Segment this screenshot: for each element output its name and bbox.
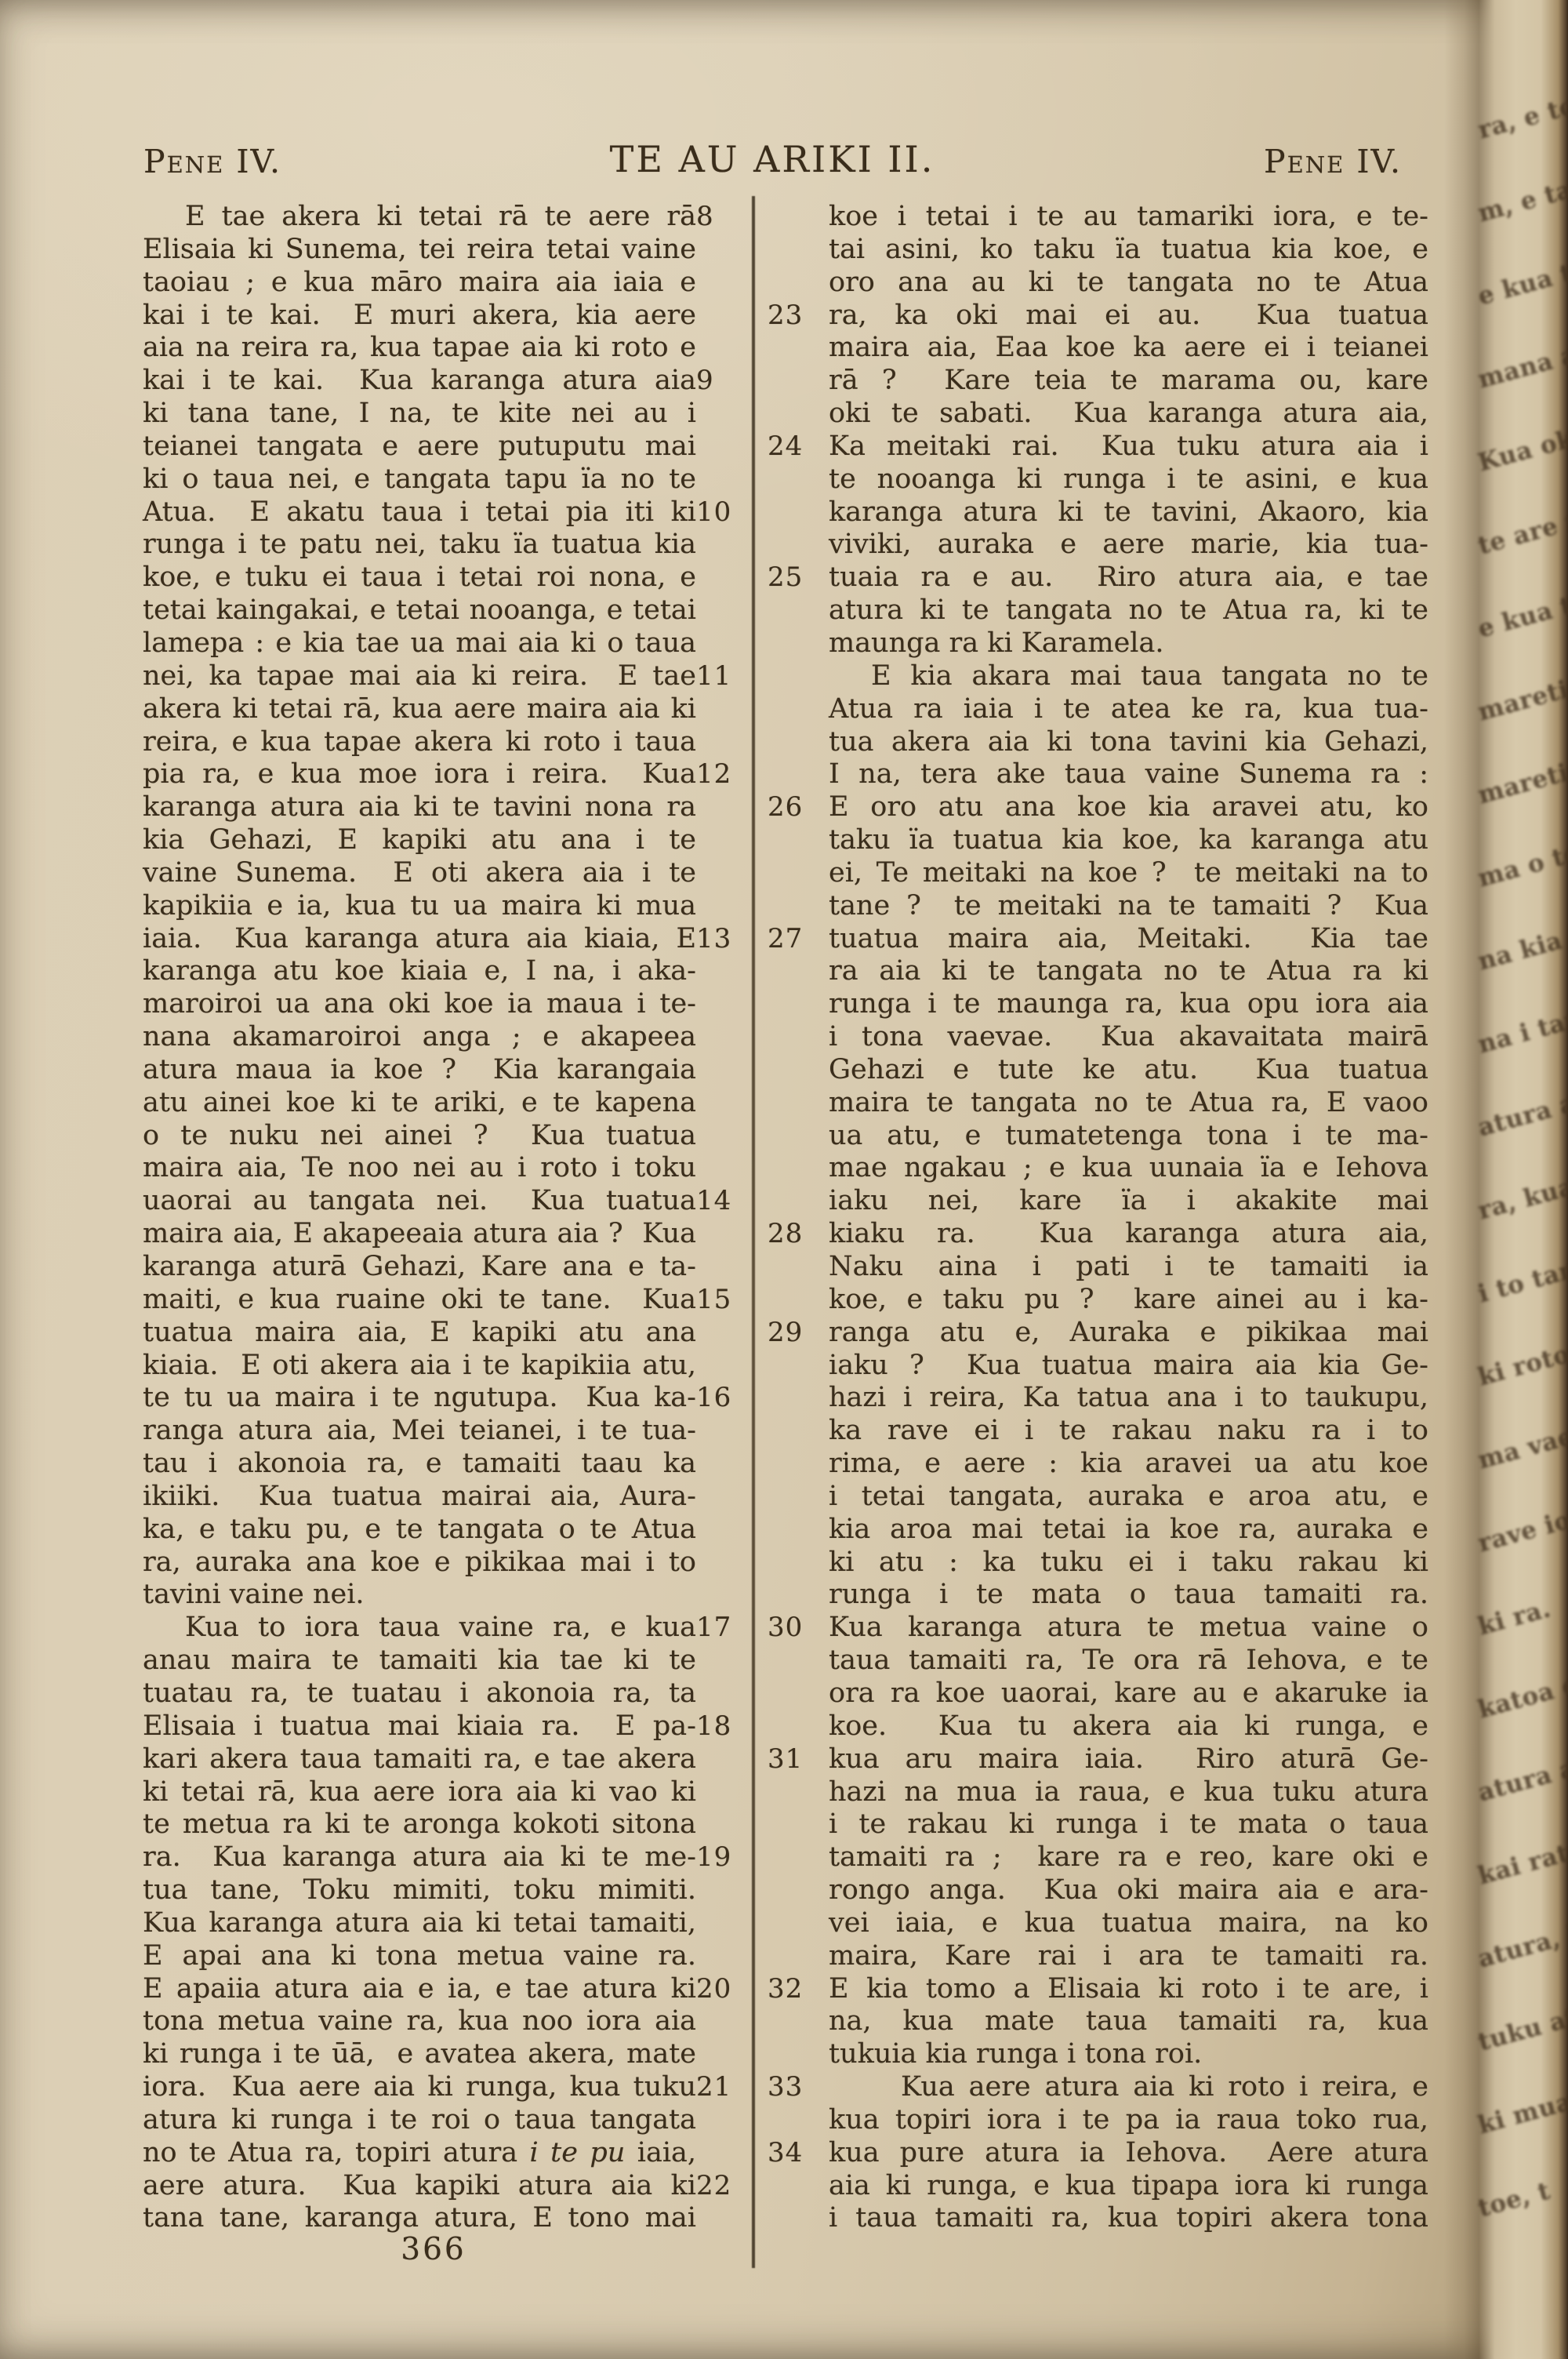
text-line: kiaku ra. Kua karanga atura aia,28 <box>829 1218 1428 1251</box>
verse-number: 26 <box>768 791 811 824</box>
next-page-bleed-text: ra, e tom, e tanae kua tipapemana akeraK… <box>1475 93 1568 2254</box>
edge-text-fragment: atura ai <box>1475 1732 1568 1808</box>
text-line: runga i te mata o taua tamaiti ra. <box>829 1579 1428 1612</box>
line-text: ra. Kua karanga atura aia ki te me- <box>143 1841 696 1873</box>
text-line: atu ainei koe ki te ariki, e te kapena <box>143 1087 696 1120</box>
line-text: oki te sabati. Kua karanga atura aia, <box>829 398 1428 429</box>
line-text: tuaia ra e au. Riro atura aia, e tae <box>829 562 1428 593</box>
edge-text-fragment: maretie ior <box>1475 651 1568 727</box>
line-text: maira, Kare rai i ara te tamaiti ra. <box>829 1940 1428 1972</box>
edge-text-fragment: kai ratou ; <box>1475 1815 1568 1891</box>
verse-number: 17 <box>696 1612 740 1645</box>
line-text: lamepa : e kia tae ua mai aia ki o taua <box>143 627 696 659</box>
line-text: te nooanga ki runga i te asini, e kua <box>829 463 1428 495</box>
text-line: hazi na mua ia raua, e kua tuku atura <box>829 1776 1428 1809</box>
text-line: aere atura. Kua kapiki atura aia ki22 <box>143 2170 696 2203</box>
text-line: no te Atua ra, topiri atura i te pu iaia… <box>143 2137 696 2170</box>
edge-text-fragment: ra, kua ka <box>1475 1150 1568 1226</box>
text-line: kua pure atura ia Iehova. Aere atura34 <box>829 2137 1428 2170</box>
text-line: ki runga i te ūā, e avatea akera, mate <box>143 2038 696 2071</box>
line-text: tona metua vaine ra, kua noo iora aia <box>143 2005 696 2037</box>
text-line: tetai kaingakai, e tetai nooanga, e teta… <box>143 594 696 627</box>
edge-text-fragment: e kua tipapa <box>1475 568 1568 644</box>
text-line: kua aru maira iaia. Riro aturā Ge-31 <box>829 1743 1428 1776</box>
line-text: E kia tomo a Elisaia ki roto i te are, i <box>829 1973 1428 2005</box>
line-text: nei, ka tapae mai aia ki reira. E tae <box>143 660 696 692</box>
text-line: Elisaia i tuatua mai kiaia ra. E pa-18 <box>143 1710 696 1743</box>
line-text: pia ra, e kua moe iora i reira. Kua <box>143 758 696 790</box>
edge-text-fragment: toe, t <box>1475 2147 1568 2223</box>
line-text: Naku aina i pati i te tamaiti ia <box>829 1251 1428 1282</box>
running-head-right: Pene IV. <box>1264 143 1402 180</box>
text-line: kua topiri iora i te pa ia raua toko rua… <box>829 2104 1428 2137</box>
text-line: maira aia, Eaa koe ka aere ei i teianei <box>829 332 1428 365</box>
edge-text-fragment: na kia Geh <box>1475 900 1568 976</box>
verse-number: 20 <box>696 1973 740 2006</box>
text-line: uaorai au tangata nei. Kua tuatua14 <box>143 1185 696 1218</box>
line-text: teianei tangata e aere putuputu mai <box>143 431 696 462</box>
line-text: ikiiki. Kua tuatua mairai aia, Aura- <box>143 1481 696 1512</box>
line-text: tuatua maira aia, E kapiki atu ana <box>143 1317 696 1348</box>
text-line: Kua karanga atura te metua vaine o30 <box>829 1612 1428 1645</box>
text-line: Kua karanga atura aia ki tetai tamaiti, <box>143 1907 696 1940</box>
text-line: rongo anga. Kua oki maira aia e ara- <box>829 1874 1428 1907</box>
edge-text-fragment: ki roto, e k <box>1475 1316 1568 1392</box>
text-line: ua atu, e tumatetenga tona i te ma- <box>829 1120 1428 1153</box>
line-text: atura ki te tangata no te Atua ra, ki te <box>829 594 1428 626</box>
text-line: maira, Kare rai i ara te tamaiti ra. <box>829 1940 1428 1973</box>
verse-number: 21 <box>696 2071 740 2104</box>
line-text: Kua karanga atura aia ki tetai tamaiti, <box>143 1907 696 1939</box>
edge-text-fragment: te are ra ; e <box>1475 485 1568 561</box>
text-line: tua akera aia ki tona tavini kia Gehazi, <box>829 726 1428 759</box>
line-text: vei iaia, e kua tuatua maira, na ko <box>829 1907 1428 1939</box>
text-line: taua tamaiti ra, Te ora rā Iehova, e te <box>829 1645 1428 1677</box>
text-line: hazi i reira, Ka tatua ana i to taukupu, <box>829 1382 1428 1415</box>
line-text: ranga atu e, Auraka e pikikaa mai <box>829 1317 1428 1348</box>
text-line: maunga ra ki Karamela. <box>829 627 1428 660</box>
text-line: maira te tangata no te Atua ra, E vaoo <box>829 1087 1428 1120</box>
line-text: hazi na mua ia raua, e kua tuku atura <box>829 1776 1428 1808</box>
text-line: kai i te kai. E muri akera, kia aere <box>143 300 696 333</box>
line-text: kua aru maira iaia. Riro aturā Ge- <box>829 1743 1428 1775</box>
edge-text-fragment: maretie an <box>1475 734 1568 810</box>
line-text: iaia. Kua karanga atura aia kiaia, E <box>143 923 696 954</box>
text-line: vei iaia, e kua tuatua maira, na ko <box>829 1907 1428 1940</box>
line-text: reira, e kua tapae akera ki roto i taua <box>143 726 696 758</box>
line-text: tavini vaine nei. <box>143 1579 365 1610</box>
text-line: maroiroi ua ana oki koe ia maua i te- <box>143 988 696 1021</box>
text-line: tana tane, karanga atura, E tono mai <box>143 2202 696 2235</box>
line-text: E apai ana ki tona metua vaine ra. <box>143 1940 696 1972</box>
line-text: kua pure atura ia Iehova. Aere atura <box>829 2137 1428 2168</box>
text-line: Ka meitaki rai. Kua tuku atura aia i24 <box>829 431 1428 463</box>
edge-text-fragment: rave iora <box>1475 1482 1568 1558</box>
text-line: E kia akara mai taua tangata no te <box>829 660 1428 693</box>
text-line: I na, tera ake taua vaine Sunema ra : <box>829 758 1428 791</box>
text-line: i tona vaevae. Kua akavaitata mairā <box>829 1021 1428 1054</box>
text-line: Kua to iora taua vaine ra, e kua17 <box>143 1612 696 1645</box>
text-line: tuatua maira aia, Meitaki. Kia tae27 <box>829 923 1428 956</box>
verse-number: 28 <box>768 1218 811 1251</box>
text-line: Atua. E akatu taua i tetai pia iti ki10 <box>143 496 696 529</box>
line-text: no te Atua ra, topiri atura i te pu iaia… <box>143 2137 696 2168</box>
text-line: vaine Sunema. E oti akera aia i te <box>143 857 696 890</box>
line-text: koe i tetai i te au tamariki iora, e te- <box>829 201 1428 232</box>
text-line: kai i te kai. Kua karanga atura aia9 <box>143 365 696 398</box>
verse-number: 29 <box>768 1317 811 1350</box>
verse-number: 25 <box>768 562 811 594</box>
text-line: ki tetai rā, kua aere iora aia ki vao ki <box>143 1776 696 1809</box>
verse-number: 23 <box>768 300 811 333</box>
line-text: iora. Kua aere aia ki runga, kua tuku <box>143 2071 696 2103</box>
line-text: ua atu, e tumatetenga tona i te ma- <box>829 1120 1428 1151</box>
text-line: ki o taua nei, e tangata tapu ïa no te <box>143 463 696 496</box>
line-text: tuatau ra, te tuatau i akonoia ra, ta <box>143 1677 696 1709</box>
line-text: runga i te mata o taua tamaiti ra. <box>829 1579 1428 1610</box>
text-line: taoiau ; e kua māro maira aia iaia e <box>143 267 696 300</box>
line-text: koe, e tuku ei taua i tetai roi nona, e <box>143 562 696 593</box>
page-number: 366 <box>401 2232 466 2267</box>
text-line: te nooanga ki runga i te asini, e kua <box>829 463 1428 496</box>
line-text: karanga aturā Gehazi, Kare ana e ta- <box>143 1251 696 1282</box>
edge-text-fragment: na i tana v <box>1475 983 1568 1060</box>
line-text: tua tane, Toku mimiti, toku mimiti. <box>143 1874 696 1906</box>
text-line: karanga atu koe kiaia e, I na, i aka- <box>143 955 696 988</box>
line-text: viviki, auraka e aere marie, kia tua- <box>829 529 1428 560</box>
line-text: rima, e aere : kia aravei ua atu koe <box>829 1448 1428 1479</box>
line-text: tai asini, ko taku ïa tuatua kia koe, e <box>829 234 1428 265</box>
line-text: maira aia, Eaa koe ka aere ei i teianei <box>829 332 1428 363</box>
text-line: tona metua vaine ra, kua noo iora aia <box>143 2005 696 2038</box>
line-text: runga i te maunga ra, kua opu iora aia <box>829 988 1428 1020</box>
text-line: karanga aturā Gehazi, Kare ana e ta- <box>143 1251 696 1284</box>
text-line: runga i te patu nei, taku ïa tuatua kia <box>143 529 696 562</box>
edge-text-fragment: ra, e to <box>1475 69 1568 145</box>
line-text: Elisaia ki Sunema, tei reira tetai vaine <box>143 234 696 265</box>
line-text: taku ïa tuatua kia koe, ka karanga atu <box>829 824 1428 856</box>
text-line: ra. Kua karanga atura aia ki te me-19 <box>143 1841 696 1874</box>
line-text: ei, Te meitaki na koe ? te meitaki na to <box>829 857 1428 889</box>
line-text: E oro atu ana koe kia aravei atu, ko <box>829 791 1428 823</box>
text-line: te metua ra ki te aronga kokoti sitona <box>143 1808 696 1841</box>
text-line: ikiiki. Kua tuatua mairai aia, Aura- <box>143 1481 696 1514</box>
line-text: ka, e taku pu, e te tangata o te Atua <box>143 1514 696 1545</box>
text-line: ka rave ei i te rakau naku ra i to <box>829 1415 1428 1448</box>
line-text: Atua ra iaia i te atea ke ra, kua tua- <box>829 693 1428 725</box>
line-text: tuatua maira aia, Meitaki. Kia tae <box>829 923 1428 954</box>
text-line: anau maira te tamaiti kia tae ki te <box>143 1645 696 1677</box>
text-line: koe, e tuku ei taua i tetai roi nona, e <box>143 562 696 594</box>
edge-text-fragment: m, e tana <box>1475 152 1568 228</box>
line-text: kiaia. E oti akera aia i te kapikiia atu… <box>143 1350 696 1381</box>
text-line: tukuia kia runga i tona roi. <box>829 2038 1428 2071</box>
line-text: akera ki tetai rā, kua aere maira aia ki <box>143 693 696 725</box>
line-text: mae ngakau ; e kua uunaia ïa e Iehova <box>829 1152 1428 1183</box>
text-line: oro ana au ki te tangata no te Atua <box>829 267 1428 300</box>
text-line: i taua tamaiti ra, kua topiri akera tona <box>829 2202 1428 2235</box>
text-line: koe i tetai i te au tamariki iora, e te- <box>829 201 1428 234</box>
line-text: atura ki runga i te roi o taua tangata <box>143 2104 696 2135</box>
line-text: aia na reira ra, kua tapae aia ki roto e <box>143 332 696 363</box>
line-text: tetai kaingakai, e tetai nooanga, e teta… <box>143 594 696 626</box>
text-line: o te nuku nei ainei ? Kua tuatua <box>143 1120 696 1153</box>
text-line: atura maua ia koe ? Kia karangaia <box>143 1054 696 1087</box>
text-line: ki tana tane, I na, te kite nei au i <box>143 398 696 431</box>
line-text: kai i te kai. E muri akera, kia aere <box>143 300 696 331</box>
verse-number: 31 <box>768 1743 811 1776</box>
line-text: ki runga i te ūā, e avatea akera, mate <box>143 2038 696 2070</box>
running-head-center: TE AU ARIKI II. <box>610 138 935 180</box>
text-line: E apaiia atura aia e ia, e tae atura ki2… <box>143 1973 696 2006</box>
line-text: karanga atu koe kiaia e, I na, i aka- <box>143 955 696 987</box>
verse-number: 14 <box>696 1185 740 1218</box>
edge-text-fragment: ki ra. <box>1475 1565 1568 1641</box>
line-text: kari akera taua tamaiti ra, e tae akera <box>143 1743 696 1775</box>
verse-number: 12 <box>696 758 740 791</box>
line-text: maiti, e kua ruaine oki te tane. Kua <box>143 1284 696 1315</box>
line-text: Ka meitaki rai. Kua tuku atura aia i <box>829 431 1428 462</box>
line-text: runga i te patu nei, taku ïa tuatua kia <box>143 529 696 560</box>
line-text: tana tane, karanga atura, E tono mai <box>143 2202 696 2234</box>
line-text: i taua tamaiti ra, kua topiri akera tona <box>829 2202 1428 2234</box>
line-text: atura maua ia koe ? Kia karangaia <box>143 1054 696 1085</box>
text-line: ra aia ki te tangata no te Atua ra ki <box>829 955 1428 988</box>
edge-text-fragment: atura aia. <box>1475 1067 1568 1143</box>
text-line: E apai ana ki tona metua vaine ra. <box>143 1940 696 1973</box>
text-line: na, kua mate taua tamaiti ra, kua <box>829 2005 1428 2038</box>
line-text: maunga ra ki Karamela. <box>829 627 1164 659</box>
text-line: oki te sabati. Kua karanga atura aia, <box>829 398 1428 431</box>
text-line: kiaia. E oti akera aia i te kapikiia atu… <box>143 1350 696 1383</box>
verse-number: 19 <box>696 1841 740 1874</box>
line-text: uaorai au tangata nei. Kua tuatua <box>143 1185 696 1216</box>
text-line: ei, Te meitaki na koe ? te meitaki na to <box>829 857 1428 890</box>
line-text: nana akamaroiroi anga ; e akapeea <box>143 1021 696 1052</box>
column-divider-rule <box>752 196 755 2268</box>
verse-number: 22 <box>696 2170 740 2203</box>
text-line: tai asini, ko taku ïa tuatua kia koe, e <box>829 234 1428 267</box>
line-text: Kua aere atura aia ki roto i reira, e <box>901 2071 1428 2103</box>
text-line: koe, e taku pu ? kare ainei au i ka- <box>829 1284 1428 1317</box>
line-text: tane ? te meitaki na te tamaiti ? Kua <box>829 890 1428 921</box>
text-line: viviki, auraka e aere marie, kia tua- <box>829 529 1428 562</box>
text-line: iaia. Kua karanga atura aia kiaia, E13 <box>143 923 696 956</box>
verse-number: 30 <box>768 1612 811 1645</box>
line-text: i te rakau ki runga i te mata o taua <box>829 1808 1428 1840</box>
line-text: koe, e taku pu ? kare ainei au i ka- <box>829 1284 1428 1315</box>
text-line: maiti, e kua ruaine oki te tane. Kua15 <box>143 1284 696 1317</box>
line-text: anau maira te tamaiti kia tae ki te <box>143 1645 696 1676</box>
line-text: rā ? Kare teia te marama ou, kare <box>829 365 1428 396</box>
text-line: i te rakau ki runga i te mata o taua <box>829 1808 1428 1841</box>
text-line: aia na reira ra, kua tapae aia ki roto e <box>143 332 696 365</box>
line-text: na, kua mate taua tamaiti ra, kua <box>829 2005 1428 2037</box>
text-line: Gehazi e tute ke atu. Kua tuatua <box>829 1054 1428 1087</box>
line-text: ranga atura aia, Mei teianei, i te tua- <box>143 1415 696 1446</box>
line-text: hazi i reira, Ka tatua ana i to taukupu, <box>829 1382 1428 1413</box>
line-text: taua tamaiti ra, Te ora rā Iehova, e te <box>829 1645 1428 1676</box>
line-text: ra aia ki te tangata no te Atua ra ki <box>829 955 1428 987</box>
edge-text-fragment: ki mua <box>1475 2064 1568 2140</box>
text-line: E oro atu ana koe kia aravei atu, ko26 <box>829 791 1428 824</box>
line-text: E apaiia atura aia e ia, e tae atura ki <box>143 1973 696 2005</box>
line-text: tau i akonoia ra, e tamaiti taau ka <box>143 1448 696 1479</box>
verse-number: 15 <box>696 1284 740 1317</box>
text-line: ra, auraka ana koe e pikikaa mai i to <box>143 1547 696 1579</box>
line-text: iaku ? Kua tuatua maira aia kia Ge- <box>829 1350 1428 1381</box>
text-line: E kia tomo a Elisaia ki roto i te are, i… <box>829 1973 1428 2006</box>
line-text: ki tana tane, I na, te kite nei au i <box>143 398 696 429</box>
text-line: teianei tangata e aere putuputu mai <box>143 431 696 463</box>
text-line: iaku ? Kua tuatua maira aia kia Ge- <box>829 1350 1428 1383</box>
verse-number: 32 <box>768 1973 811 2006</box>
left-column: E tae akera ki tetai rā te aere rā8Elisa… <box>143 201 696 2235</box>
text-line: tavini vaine nei. <box>143 1579 696 1612</box>
line-text: kia aroa mai tetai ia koe ra, auraka e <box>829 1514 1428 1545</box>
right-column: koe i tetai i te au tamariki iora, e te-… <box>829 201 1428 2235</box>
text-line: runga i te maunga ra, kua opu iora aia <box>829 988 1428 1021</box>
line-text: aere atura. Kua kapiki atura aia ki <box>143 2170 696 2201</box>
line-text: ra, ka oki mai ei au. Kua tuatua <box>829 300 1428 331</box>
verse-number: 34 <box>768 2137 811 2170</box>
verse-number: 18 <box>696 1710 740 1743</box>
line-text: tamaiti ra ; kare ra e reo, kare oki e <box>829 1841 1428 1873</box>
text-line: tuaia ra e au. Riro atura aia, e tae25 <box>829 562 1428 594</box>
text-line: reira, e kua tapae akera ki roto i taua <box>143 726 696 759</box>
text-line: Kua aere atura aia ki roto i reira, e33 <box>829 2071 1428 2104</box>
verse-number: 24 <box>768 431 811 463</box>
text-line: tane ? te meitaki na te tamaiti ? Kua <box>829 890 1428 923</box>
text-line: kia Gehazi, E kapiki atu ana i te <box>143 824 696 857</box>
line-text: atu ainei koe ki te ariki, e te kapena <box>143 1087 696 1118</box>
line-text: maira aia, E akapeeaia atura aia ? Kua <box>143 1218 696 1249</box>
text-line: E tae akera ki tetai rā te aere rā8 <box>143 201 696 234</box>
text-line: maira aia, E akapeeaia atura aia ? Kua <box>143 1218 696 1251</box>
edge-text-fragment: atura, Ka kai <box>1475 1898 1568 1974</box>
text-line: Naku aina i pati i te tamaiti ia <box>829 1251 1428 1284</box>
text-line: kari akera taua tamaiti ra, e tae akera <box>143 1743 696 1776</box>
verse-number: 11 <box>696 660 740 693</box>
text-line: kapikiia e ia, kua tu ua maira ki mua <box>143 890 696 923</box>
text-line: tua tane, Toku mimiti, toku mimiti. <box>143 1874 696 1907</box>
text-line: koe. Kua tu akera aia ki runga, e <box>829 1710 1428 1743</box>
book-scan-page: Pene IV. TE AU ARIKI II. Pene IV. E tae … <box>0 0 1568 2359</box>
line-text: ki atu : ka tuku ei i taku rakau ki <box>829 1547 1428 1578</box>
line-text: maira te tangata no te Atua ra, E vaoo <box>829 1087 1428 1118</box>
text-line: tuatau ra, te tuatau i akonoia ra, ta <box>143 1677 696 1710</box>
line-text: tua akera aia ki tona tavini kia Gehazi, <box>829 726 1428 758</box>
text-line: ora ra koe uaorai, kare au e akaruke ia <box>829 1677 1428 1710</box>
line-text: te metua ra ki te aronga kokoti sitona <box>143 1808 696 1840</box>
text-line: karanga atura aia ki te tavini nona ra <box>143 791 696 824</box>
line-text: kia Gehazi, E kapiki atu ana i te <box>143 824 696 856</box>
text-line: lamepa : e kia tae ua mai aia ki o taua <box>143 627 696 660</box>
verse-number: 27 <box>768 923 811 956</box>
text-line: i tetai tangata, auraka e aroa atu, e <box>829 1481 1428 1514</box>
verse-number: 13 <box>696 923 740 956</box>
text-line: mae ngakau ; e kua uunaia ïa e Iehova <box>829 1152 1428 1185</box>
line-text: koe. Kua tu akera aia ki runga, e <box>829 1710 1428 1742</box>
text-line: aia ki runga, e kua tipapa iora ki runga <box>829 2170 1428 2203</box>
line-text: te tu ua maira i te ngutupa. Kua ka- <box>143 1382 696 1413</box>
line-text: Kua to iora taua vaine ra, e kua <box>185 1612 696 1643</box>
line-text: ki tetai rā, kua aere iora aia ki vao ki <box>143 1776 696 1808</box>
text-line: ki atu : ka tuku ei i taku rakau ki <box>829 1547 1428 1579</box>
text-line: taku ïa tuatua kia koe, ka karanga atu <box>829 824 1428 857</box>
text-line: tuatua maira aia, E kapiki atu ana <box>143 1317 696 1350</box>
text-line: ka, e taku pu, e te tangata o te Atua <box>143 1514 696 1547</box>
line-text: kiaku ra. Kua karanga atura aia, <box>829 1218 1428 1249</box>
line-text: Atua. E akatu taua i tetai pia iti ki <box>143 496 696 528</box>
line-text: oro ana au ki te tangata no te Atua <box>829 267 1428 298</box>
edge-text-fragment: ma o te ta <box>1475 817 1568 893</box>
line-text: Kua karanga atura te metua vaine o <box>829 1612 1428 1643</box>
text-line: tau i akonoia ra, e tamaiti taau ka <box>143 1448 696 1481</box>
text-line: atura ki te tangata no te Atua ra, ki te <box>829 594 1428 627</box>
line-text: rongo anga. Kua oki maira aia e ara- <box>829 1874 1428 1906</box>
text-line: nana akamaroiroi anga ; e akapeea <box>143 1021 696 1054</box>
line-text: kai i te kai. Kua karanga atura aia <box>143 365 696 396</box>
text-line: kia aroa mai tetai ia koe ra, auraka e <box>829 1514 1428 1547</box>
line-text: Gehazi e tute ke atu. Kua tuatua <box>829 1054 1428 1085</box>
text-line: pia ra, e kua moe iora i reira. Kua12 <box>143 758 696 791</box>
running-head-left: Pene IV. <box>143 143 281 180</box>
edge-text-fragment: mana akera <box>1475 318 1568 394</box>
line-text: karanga atura aia ki te tavini nona ra <box>143 791 696 823</box>
line-text: maroiroi ua ana oki koe ia maua i te- <box>143 988 696 1020</box>
line-text: ora ra koe uaorai, kare au e akaruke ia <box>829 1677 1428 1709</box>
verse-number: 16 <box>696 1382 740 1415</box>
text-line: ranga atu e, Auraka e pikikaa mai29 <box>829 1317 1428 1350</box>
verse-number: 10 <box>696 496 740 529</box>
edge-text-fragment: tuku atura <box>1475 1981 1568 2057</box>
line-text: E kia akara mai taua tangata no te <box>871 660 1428 692</box>
verse-number: 33 <box>768 2071 811 2104</box>
line-text: taoiau ; e kua māro maira aia iaia e <box>143 267 696 298</box>
line-text: E tae akera ki tetai rā te aere rā <box>185 201 696 232</box>
text-line: te tu ua maira i te ngutupa. Kua ka-16 <box>143 1382 696 1415</box>
edge-text-fragment: Kua oki iora <box>1475 402 1568 478</box>
line-text: maira aia, Te noo nei au i roto i toku <box>143 1152 696 1183</box>
text-line: tamaiti ra ; kare ra e reo, kare oki e <box>829 1841 1428 1874</box>
line-text: ka rave ei i te rakau naku ra i to <box>829 1415 1428 1446</box>
edge-text-fragment: ma vaevae, tu <box>1475 1399 1568 1475</box>
line-text: kua topiri iora i te pa ia raua toko rua… <box>829 2104 1428 2135</box>
line-text: o te nuku nei ainei ? Kua tuatua <box>143 1120 696 1151</box>
line-text: i tetai tangata, auraka e aroa atu, e <box>829 1481 1428 1512</box>
text-line: Elisaia ki Sunema, tei reira tetai vaine <box>143 234 696 267</box>
text-line: iora. Kua aere aia ki runga, kua tuku21 <box>143 2071 696 2104</box>
text-line: atura ki runga i te roi o taua tangata <box>143 2104 696 2137</box>
edge-text-fragment: katoa ok <box>1475 1648 1568 1725</box>
line-text: ki o taua nei, e tangata tapu ïa no te <box>143 463 696 495</box>
text-line: iaku nei, kare ïa i akakite mai <box>829 1185 1428 1218</box>
text-line: ra, ka oki mai ei au. Kua tuatua23 <box>829 300 1428 333</box>
line-text: Elisaia i tuatua mai kiaia ra. E pa- <box>143 1710 696 1742</box>
text-line: rima, e aere : kia aravei ua atu koe <box>829 1448 1428 1481</box>
text-line: akera ki tetai rā, kua aere maira aia ki <box>143 693 696 726</box>
line-text: aia ki runga, e kua tipapa iora ki runga <box>829 2170 1428 2201</box>
line-text: i tona vaevae. Kua akavaitata mairā <box>829 1021 1428 1052</box>
edge-text-fragment: i to tama <box>1475 1233 1568 1309</box>
text-line: rā ? Kare teia te marama ou, kare <box>829 365 1428 398</box>
text-line: nei, ka tapae mai aia ki reira. E tae11 <box>143 660 696 693</box>
line-text: ra, auraka ana koe e pikikaa mai i to <box>143 1547 696 1578</box>
text-line: karanga atura ki te tavini, Akaoro, kia <box>829 496 1428 529</box>
edge-text-fragment: e kua tipape <box>1475 235 1568 311</box>
line-text: karanga atura ki te tavini, Akaoro, kia <box>829 496 1428 528</box>
